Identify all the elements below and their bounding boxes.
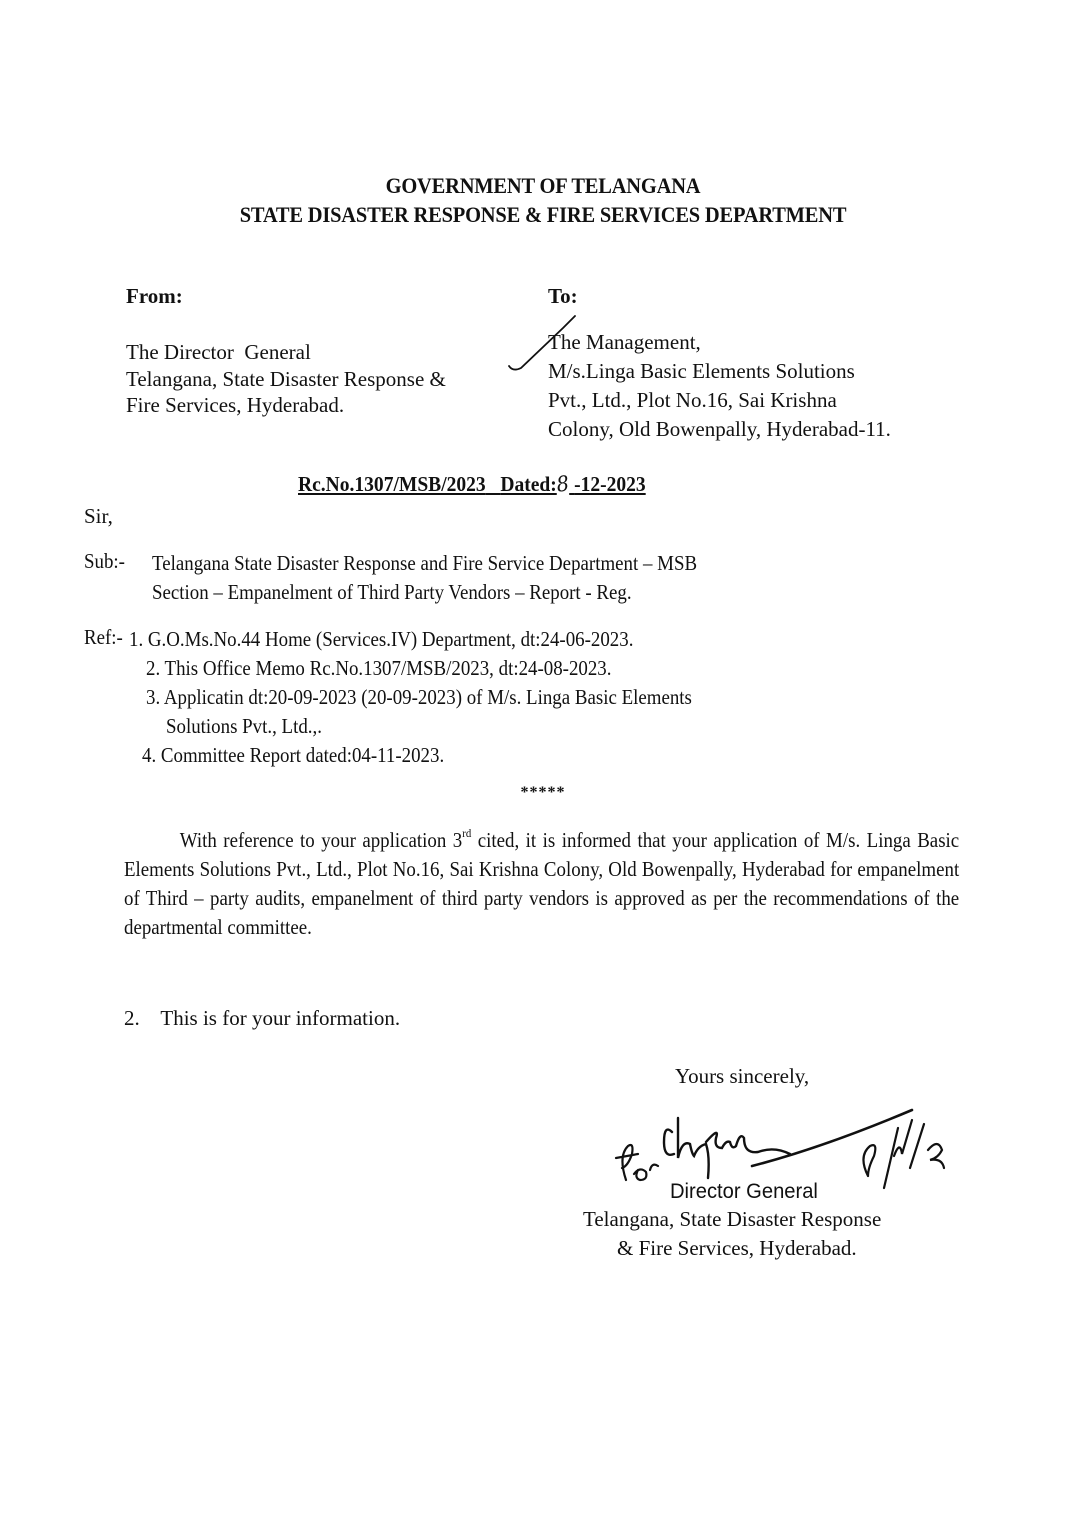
from-label: From:	[126, 284, 183, 309]
from-line: Fire Services, Hyderabad.	[126, 392, 446, 419]
to-line: Colony, Old Bowenpally, Hyderabad-11.	[548, 415, 891, 444]
subject-line: Section – Empanelment of Third Party Ven…	[152, 578, 890, 607]
signatory-org-line2: & Fire Services, Hyderabad.	[617, 1236, 857, 1261]
subject-label: Sub:-	[84, 549, 125, 574]
to-address: The Management, M/s.Linga Basic Elements…	[548, 328, 891, 444]
paragraph-number: 2.	[124, 1006, 140, 1030]
handwritten-day: 8	[555, 471, 570, 497]
to-line: M/s.Linga Basic Elements Solutions	[548, 357, 891, 386]
to-line: Pvt., Ltd., Plot No.16, Sai Krishna	[548, 386, 891, 415]
reference-number: Rc.No.1307/MSB/2023 Dated:8 -12-2023	[298, 472, 646, 497]
reference-item: 2. This Office Memo Rc.No.1307/MSB/2023,…	[146, 654, 611, 683]
dated-rest: -12-2023	[574, 472, 646, 496]
separator-stars: *****	[0, 784, 1086, 802]
rc-no: Rc.No.1307/MSB/2023	[298, 472, 486, 496]
paragraph-text: This is for your information.	[160, 1006, 400, 1030]
header-department: STATE DISASTER RESPONSE & FIRE SERVICES …	[38, 202, 1048, 228]
reference-item: 3. Applicatin dt:20-09-2023 (20-09-2023)…	[146, 683, 692, 712]
reference-item-continued: Solutions Pvt., Ltd.,.	[166, 712, 322, 741]
to-label: To:	[548, 284, 578, 309]
dated-label: Dated:	[500, 472, 556, 496]
from-line: Telangana, State Disaster Response &	[126, 366, 446, 393]
info-paragraph: 2. This is for your information.	[124, 1006, 400, 1031]
body-text: With reference to your application 3	[180, 828, 462, 852]
salutation: Sir,	[84, 504, 113, 529]
body-paragraph: With reference to your application 3rd c…	[124, 826, 959, 942]
from-address: The Director General Telangana, State Di…	[126, 339, 446, 419]
superscript: rd	[462, 826, 471, 840]
references-label: Ref:-	[84, 625, 123, 650]
header-government: GOVERNMENT OF TELANGANA	[38, 173, 1048, 199]
subject-line: Telangana State Disaster Response and Fi…	[152, 549, 890, 578]
reference-item: 1. G.O.Ms.No.44 Home (Services.IV) Depar…	[129, 625, 633, 654]
signatory-org-line1: Telangana, State Disaster Response	[583, 1207, 881, 1232]
signatory-title: Director General	[670, 1180, 818, 1204]
reference-item: 4. Committee Report dated:04-11-2023.	[142, 741, 444, 770]
subject-text: Telangana State Disaster Response and Fi…	[152, 549, 890, 607]
from-line: The Director General	[126, 339, 446, 366]
to-line: The Management,	[548, 328, 891, 357]
closing: Yours sincerely,	[675, 1064, 809, 1089]
